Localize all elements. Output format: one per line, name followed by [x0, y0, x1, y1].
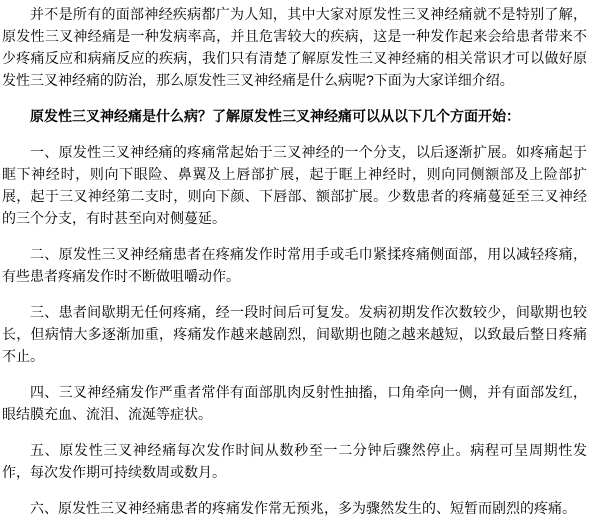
- list-item-5: 五、原发性三叉神经痛每次发作时间从数秒至一二分钟后骤然停止。病程可呈周期性发作，…: [2, 439, 587, 483]
- list-item-3: 三、患者间歇期无任何疼痛，经一段时间后可复发。发病初期发作次数较少，间歇期也较长…: [2, 301, 587, 367]
- list-item-4: 四、三叉神经痛发作严重者常伴有面部肌肉反射性抽搐，口角牵向一侧，并有面部发红，眼…: [2, 381, 587, 425]
- list-item-6: 六、原发性三叉神经痛患者的疼痛发作常无预兆，多为骤然发生的、短暂而剧烈的疼痛。: [2, 497, 587, 519]
- list-item-2: 二、原发性三叉神经痛患者在疼痛发作时常用手或毛巾紧揉疼痛侧面部，用以减轻疼痛，有…: [2, 243, 587, 287]
- section-heading: 原发性三叉神经痛是什么病？了解原发性三叉神经痛可以从以下几个方面开始：: [2, 105, 587, 127]
- article-body: 并不是所有的面部神经疾病都广为人知，其中大家对原发性三叉神经痛就不是特别了解，原…: [0, 0, 589, 519]
- list-item-1: 一、原发性三叉神经痛的疼痛常起始于三叉神经的一个分支，以后逐渐扩展。如疼痛起于眶…: [2, 141, 587, 229]
- intro-paragraph: 并不是所有的面部神经疾病都广为人知，其中大家对原发性三叉神经痛就不是特别了解，原…: [2, 3, 587, 91]
